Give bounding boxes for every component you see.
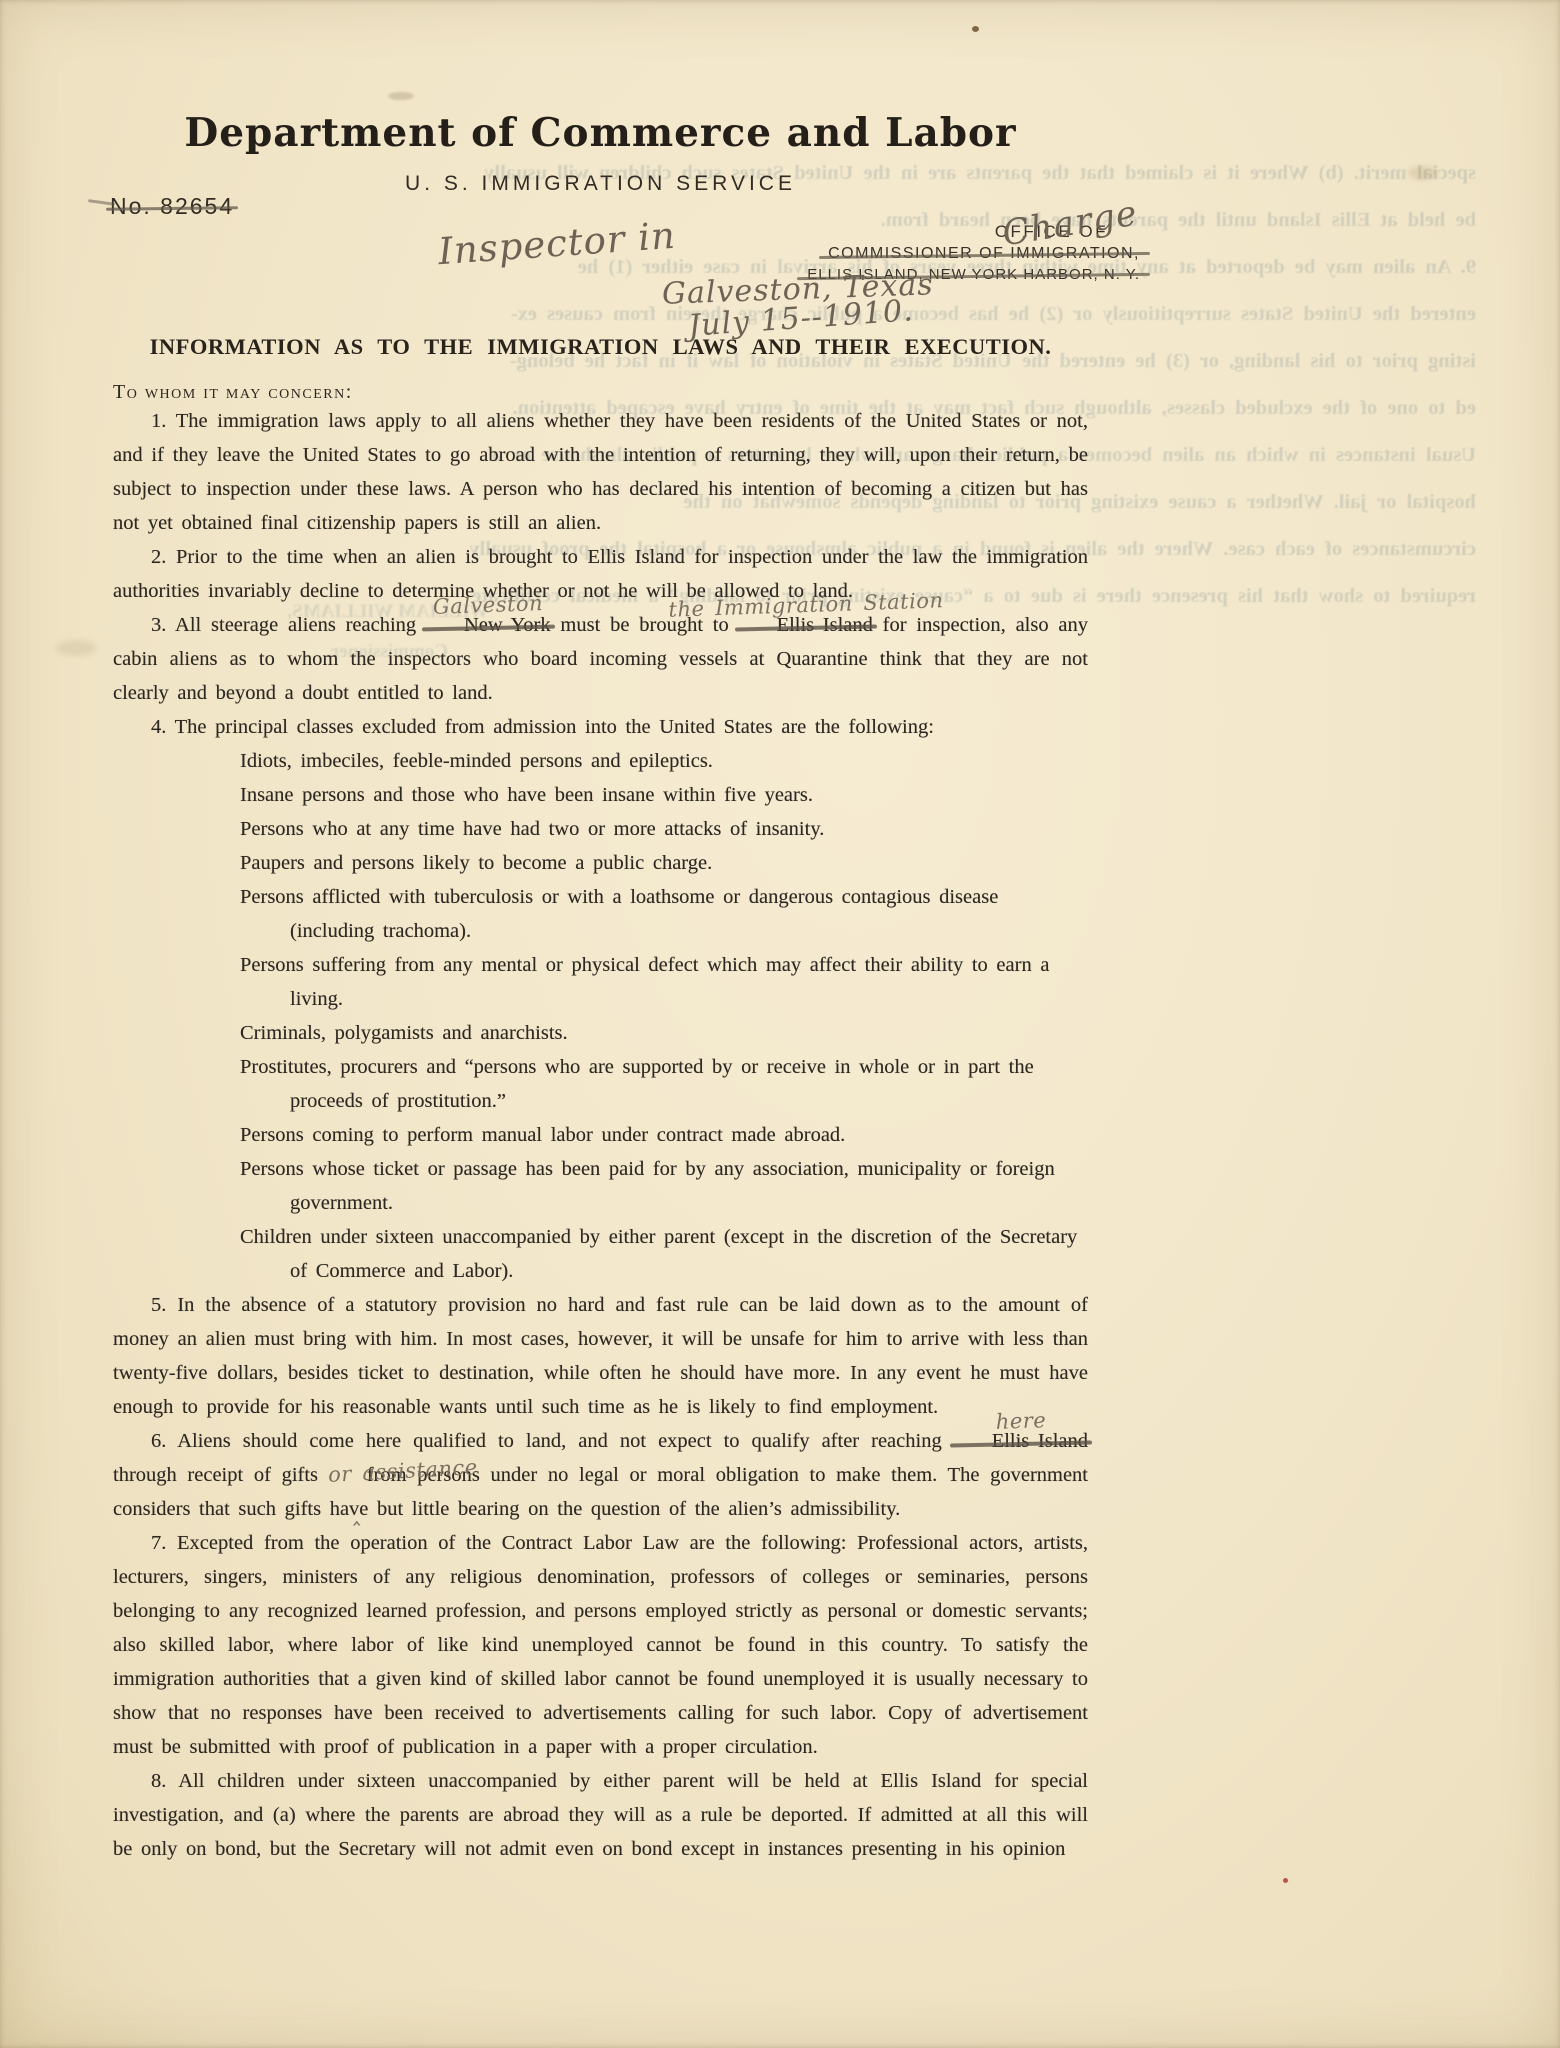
commissioner-line: COMMISSIONER OF IMMIGRATION, <box>640 245 1140 263</box>
paragraph-5: 5. In the absence of a statutory provisi… <box>113 1288 1088 1424</box>
paragraph-7: 7. Excepted from the operation of the Co… <box>113 1526 1088 1764</box>
handwritten-note: or assistance <box>328 1457 478 1485</box>
excluded-class-4: Paupers and persons likely to become a p… <box>113 846 1088 880</box>
document-number: No. 82654 <box>110 193 234 220</box>
paper-stain <box>56 640 96 656</box>
handwritten-note: here <box>995 1411 1046 1433</box>
struck-text: Ellis Islandthe Immigration Station <box>739 608 873 642</box>
paragraph-6: 6. Aliens should come here qualified to … <box>113 1424 1088 1526</box>
salutation: To whom it may concern: <box>113 381 353 404</box>
letterhead-department: Department of Commerce and Labor <box>113 110 1088 156</box>
document-body: 1. The immigration laws apply to all ali… <box>113 404 1088 1866</box>
excluded-class-10: Persons whose ticket or passage has been… <box>113 1152 1088 1220</box>
document-title: INFORMATION AS TO THE IMMIGRATION LAWS A… <box>113 334 1088 360</box>
struck-text: New YorkGalveston <box>426 608 551 642</box>
struck-text: Ellis Islandhere <box>954 1424 1088 1458</box>
excluded-class-2: Insane persons and those who have been i… <box>113 778 1088 812</box>
excluded-class-7: Criminals, polygamists and anarchists. <box>113 1016 1088 1050</box>
excluded-class-6: Persons suffering from any mental or phy… <box>113 948 1088 1016</box>
excluded-class-11: Children under sixteen unaccompanied by … <box>113 1220 1088 1288</box>
paragraph-3: 3. All steerage aliens reaching New York… <box>113 608 1088 710</box>
excluded-class-9: Persons coming to perform manual labor u… <box>113 1118 1088 1152</box>
paper-stain <box>388 92 414 100</box>
excluded-class-5: Persons afflicted with tuberculosis or w… <box>113 880 1088 948</box>
excluded-class-8: Prostitutes, procurers and “persons who … <box>113 1050 1088 1118</box>
paper-stain <box>1283 1878 1288 1883</box>
excluded-class-3: Persons who at any time have had two or … <box>113 812 1088 846</box>
handwritten-note: Galveston <box>433 594 544 618</box>
document-number-value: No. 82654 <box>110 193 234 220</box>
paper-stain <box>972 26 979 32</box>
excluded-class-1: Idiots, imbeciles, feeble-minded persons… <box>113 744 1088 778</box>
immigration-circular-page: special merit. (b) Where it is claimed t… <box>0 0 1560 2048</box>
paper-stain <box>1408 166 1438 180</box>
letterhead-service: U. S. IMMIGRATION SERVICE <box>113 172 1088 196</box>
paragraph-4: 4. The principal classes excluded from a… <box>113 710 1088 744</box>
paragraph-1: 1. The immigration laws apply to all ali… <box>113 404 1088 540</box>
paragraph-8: 8. All children under sixteen unaccompan… <box>113 1764 1088 1866</box>
caret-mark: ‸ <box>315 1497 360 1531</box>
